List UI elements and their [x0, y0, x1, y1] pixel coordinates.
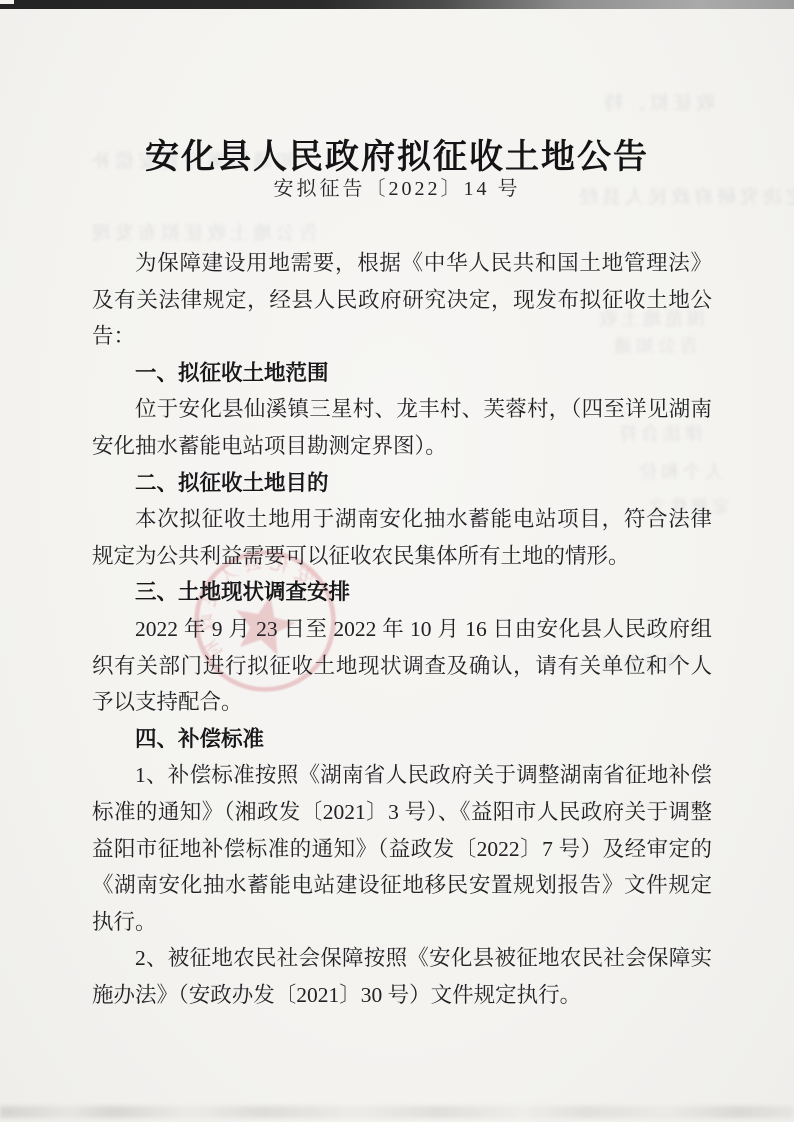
scanner-bottom-smudge [0, 1106, 794, 1118]
document-number: 安拟征告〔2022〕14 号 [0, 172, 794, 201]
bleedthrough-text: 告公地土收征拟布发现 [88, 218, 318, 245]
paragraph: 2、被征地农民社会保障按照《安化县被征地农民社会保障实施办法》（安政办发〔202… [92, 940, 712, 1013]
paragraph: 本次拟征收土地用于湖南安化抽水蓄能电站项目，符合法律规定为公共利益需要可以征收农… [92, 501, 712, 574]
scanned-document-page: 收征拟、特 知通的案方置安偿补 定决究研府政民人县经 告公地土收征拟布发现 围范… [0, 0, 794, 1122]
section-heading: 二、拟征收土地目的 [92, 465, 712, 502]
bleedthrough-text: 收征拟、特 [600, 88, 715, 115]
paragraph: 位于安化县仙溪镇三星村、龙丰村、芙蓉村，（四至详见湖南安化抽水蓄能电站项目勘测定… [92, 391, 712, 464]
document-title: 安化县人民政府拟征收土地公告 [0, 129, 794, 178]
section-heading: 四、补偿标准 [92, 721, 712, 758]
section-heading: 三、土地现状调查安排 [92, 574, 712, 611]
section-heading: 一、拟征收土地范围 [92, 355, 712, 392]
paragraph: 1、补偿标准按照《湖南省人民政府关于调整湖南省征地补偿标准的通知》（湘政发〔20… [92, 757, 712, 940]
paragraph: 2022 年 9 月 23 日至 2022 年 10 月 16 日由安化县人民政… [92, 611, 712, 721]
document-body: 为保障建设用地需要，根据《中华人民共和国土地管理法》及有关法律规定，经县人民政府… [92, 245, 712, 1013]
scanner-edge-band [0, 0, 794, 9]
paragraph: 为保障建设用地需要，根据《中华人民共和国土地管理法》及有关法律规定，经县人民政府… [92, 245, 712, 355]
